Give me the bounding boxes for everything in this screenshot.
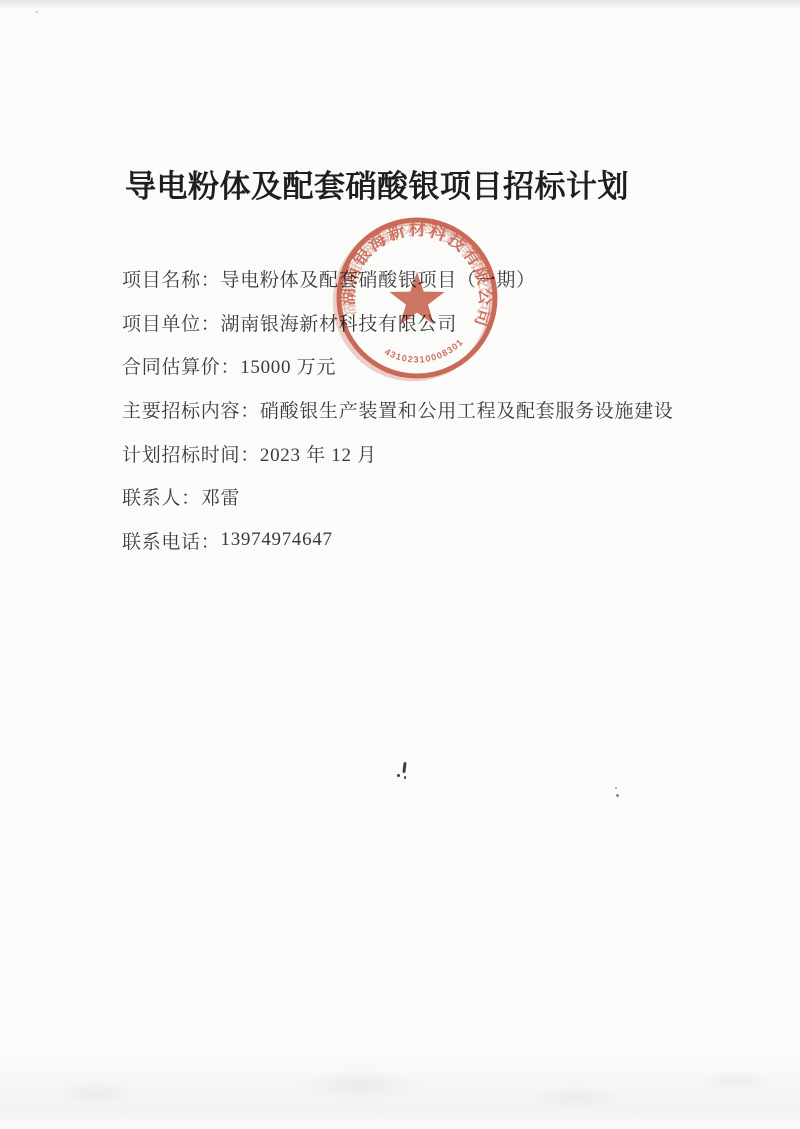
field-value: 邓雷 (201, 483, 240, 510)
company-seal-stamp-icon: 湖南银海新材科技有限公司 湖南银海新材科技有限公司 43102310008301 (327, 208, 507, 388)
field-row-tender-content: 主要招标内容：硝酸银生产装置和公用工程及配套服务设施建设 (122, 388, 682, 432)
scan-top-edge (0, 0, 800, 9)
field-value: 15000 万元 (240, 352, 336, 379)
field-label: 主要招标内容： (122, 396, 260, 423)
document-title: 导电粉体及配套硝酸银项目招标计划 (125, 168, 629, 206)
field-label: 项目名称： (122, 265, 221, 292)
scanned-document-page: 导电粉体及配套硝酸银项目招标计划 项目名称：导电粉体及配套硝酸银项目（一期） 项… (0, 0, 800, 1129)
seal-star-icon (389, 272, 444, 325)
field-value: 硝酸银生产装置和公用工程及配套服务设施建设 (260, 396, 674, 423)
field-label: 项目单位： (122, 309, 221, 336)
scan-speck (615, 787, 617, 789)
scan-bottom-edge (0, 1049, 800, 1129)
field-value: 13974974647 (221, 529, 333, 551)
scan-speck (35, 11, 38, 13)
field-label: 合同估算价： (122, 352, 240, 379)
field-row-contact-person: 联系人：邓雷 (122, 475, 682, 519)
scan-speck (404, 776, 406, 779)
field-value: 2023 年 12 月 (260, 440, 377, 467)
field-label: 计划招标时间： (122, 440, 260, 467)
scan-speck (402, 762, 406, 773)
field-row-tender-time: 计划招标时间：2023 年 12 月 (122, 431, 682, 475)
field-row-contact-phone: 联系电话：13974974647 (122, 519, 682, 563)
field-label: 联系电话： (122, 527, 221, 554)
scan-speck (616, 794, 619, 797)
field-label: 联系人： (122, 483, 201, 510)
scan-speck (397, 774, 400, 777)
